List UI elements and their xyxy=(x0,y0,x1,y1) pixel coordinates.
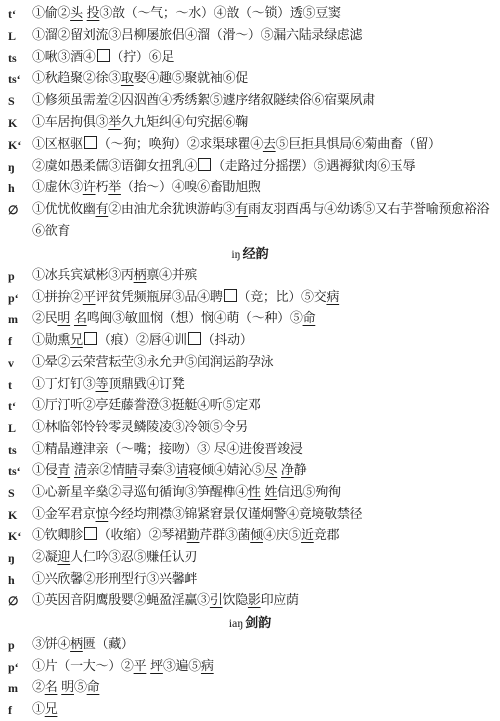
initial-row: p‘①拼拚②平评贫凭频瓶屏③品④聘（竞；比）⑤交病 xyxy=(8,288,339,308)
missing-glyph-box xyxy=(84,527,97,540)
character-list: ②名 明⑤命 xyxy=(32,678,99,698)
initial-consonant: h xyxy=(8,178,32,198)
initial-row: p③饼④柄匮（藏） xyxy=(8,635,134,655)
text-segment: ①溜②留刘流③吕柳屡旅侣④溜（滑～）⑤漏六陆录绿虑滤 xyxy=(32,28,362,43)
underlined-character: 勤 xyxy=(187,528,200,543)
initial-row: S①心新星辛燊②寻巡旬循询③笋醒榫④性 姓信迅⑤殉徇 xyxy=(8,483,341,503)
missing-glyph-box xyxy=(224,289,237,302)
initial-row: K①车居拘俱③举久九矩纠④句究据⑥鞠 xyxy=(8,113,248,133)
missing-glyph-box xyxy=(198,158,211,171)
text-segment: （抬～）④嗅⑥畜勖旭煦 xyxy=(121,180,261,195)
underlined-character: 柄 xyxy=(70,637,83,652)
text-segment: 朽 xyxy=(96,180,109,195)
underlined-character: 睛 xyxy=(125,463,138,478)
underlined-character: 性 xyxy=(248,485,261,500)
text-segment: （痕）②唇④训 xyxy=(98,333,187,348)
initial-row: h①兴欣馨②形刑型行③兴馨衅 xyxy=(8,570,197,590)
text-segment: ①兴欣馨②形刑型行③兴馨衅 xyxy=(32,572,197,587)
text-segment: ①优忧攸幽 xyxy=(32,202,96,217)
text-segment: ①偷② xyxy=(32,6,70,21)
initial-row: S①修须虽需羞②囚泅酋④秀绣絮⑤遽序绪叙隧续俗⑥宿粟夙肃 xyxy=(8,91,375,111)
character-list: ①偷②头 投③敨（～气；～水）④敨（～锁）透⑤豆窦 xyxy=(32,4,341,24)
initial-row: h①虚休③许朽举（抬～）④嗅⑥畜勖旭煦 xyxy=(8,178,261,198)
underlined-character: 平 xyxy=(134,659,147,674)
underlined-character: 病 xyxy=(201,659,214,674)
text-segment: （收缩）②琴裙 xyxy=(98,528,187,543)
section-heading: iŋ经韵 xyxy=(0,244,500,264)
character-list: ①拼拚②平评贫凭频瓶屏③品④聘（竞；比）⑤交病 xyxy=(32,288,339,308)
text-segment: ①英因音阴鹰殷婴②蝇盈淫赢③ xyxy=(32,593,210,608)
section-title: 剑韵 xyxy=(245,616,271,631)
underlined-character: 去 xyxy=(263,137,276,152)
text-segment: ①啾③酒④ xyxy=(32,50,96,65)
initial-consonant: p‘ xyxy=(8,657,32,677)
text-segment: 娶④趣⑤聚就袖⑥促 xyxy=(134,71,248,86)
initial-consonant: ŋ xyxy=(8,548,32,568)
initial-row: L①林临邻怜铃零灵鳞陵凌③冷领⑤令另 xyxy=(8,418,248,438)
initial-row: ts‘①秋趋聚②徐③取娶④趣⑤聚就袖⑥促 xyxy=(8,69,248,89)
character-list: ①优忧攸幽有②由油尤余犹谀游屿③有雨友羽酉禹与④幼诱⑤又右芋誉喻预愈裕浴 xyxy=(32,200,489,220)
text-segment: ②虞如愚柔儒③语御女扭乳④ xyxy=(32,159,197,174)
text-segment: ⑤ xyxy=(74,680,87,695)
text-segment: ①拼拚② xyxy=(32,290,83,305)
underlined-character: 许 xyxy=(83,180,96,195)
underlined-character: 有 xyxy=(235,202,248,217)
initial-consonant: S xyxy=(8,483,32,503)
initial-consonant: K xyxy=(8,505,32,525)
character-list: ①冰兵宾斌彬③丙柄禀④并殡 xyxy=(32,266,197,286)
underlined-character: 迎 xyxy=(57,550,70,565)
initial-row: t‘①偷②头 投③敨（～气；～水）④敨（～锁）透⑤豆窦 xyxy=(8,4,341,24)
initial-consonant: t xyxy=(8,375,32,395)
initial-row: ts‘①侵青 清亲②情睛寻秦③请寝倾④婧沁⑤尽 净静 xyxy=(8,461,306,481)
text-segment: ①晕②云荣营耘茔③永允尹⑤闰润运韵孕泳 xyxy=(32,355,273,370)
initial-consonant: v xyxy=(8,353,32,373)
text-segment: ④庆⑤ xyxy=(263,528,301,543)
text-segment: 信迅⑤殉徇 xyxy=(277,485,341,500)
initial-row: v①晕②云荣营耘茔③永允尹⑤闰润运韵孕泳 xyxy=(8,353,273,373)
text-segment: ①修须虽需羞②囚泅酋④秀绣絮⑤遽序绪叙隧续俗⑥宿粟夙肃 xyxy=(32,93,375,108)
initial-row: ts①精晶遵津亲（～嘴；接吻）③ 尽④进俊晋竣浸 xyxy=(8,440,303,460)
text-segment: ① xyxy=(32,702,45,717)
underlined-character: 兄 xyxy=(45,702,58,717)
character-list: ①勋熏兄（痕）②唇④训（抖动） xyxy=(32,331,253,351)
text-segment: ①厅汀听②亭廷藤誊澄③挺艇④听⑤定邓 xyxy=(32,398,261,413)
underlined-character: 青 xyxy=(57,463,70,478)
initial-row: t①丁灯钉③等顶鼎戥④订凳 xyxy=(8,375,184,395)
text-segment: ①丁灯钉③ xyxy=(32,377,96,392)
initial-consonant: h xyxy=(8,570,32,590)
text-segment: 静 xyxy=(294,463,307,478)
underlined-character: 尽 xyxy=(264,463,277,478)
underlined-character: 坪 xyxy=(150,659,163,674)
underlined-character: 取 xyxy=(121,71,134,86)
initial-consonant: S xyxy=(8,91,32,111)
character-list: ①虚休③许朽举（抬～）④嗅⑥畜勖旭煦 xyxy=(32,178,261,198)
initial-consonant: L xyxy=(8,26,32,46)
text-segment: （拧）⑥足 xyxy=(111,50,175,65)
text-segment: 竞郡 xyxy=(314,528,339,543)
initial-row: ŋ②虞如愚柔儒③语御女扭乳④（走路过分摇摆）⑤遇褥狱肉⑥玉辱 xyxy=(8,157,415,177)
character-list: ①片（一大～）②平 坪③遍⑤病 xyxy=(32,657,214,677)
rhyme-label: iaŋ xyxy=(229,616,244,630)
character-list: ①心新星辛燊②寻巡旬循询③笋醒榫④性 姓信迅⑤殉徇 xyxy=(32,483,341,503)
underlined-character: 投 xyxy=(87,6,100,21)
character-list: ①丁灯钉③等顶鼎戥④订凳 xyxy=(32,375,184,395)
text-segment: ②由油尤余犹谀游屿③ xyxy=(108,202,235,217)
underlined-character: 名 xyxy=(45,680,58,695)
initial-row: L①溜②留刘流③吕柳屡旅侣④溜（滑～）⑤漏六陆录绿虑滤 xyxy=(8,26,362,46)
initial-consonant: L xyxy=(8,418,32,438)
text-segment: ①片（一大～）② xyxy=(32,659,134,674)
character-list: ①侵青 清亲②情睛寻秦③请寝倾④婧沁⑤尽 净静 xyxy=(32,461,306,481)
text-segment: 人仁吟③忍⑤赚任认刃 xyxy=(70,550,197,565)
underlined-character: 倾 xyxy=(250,528,263,543)
underlined-character: 病 xyxy=(326,290,339,305)
initial-consonant: p xyxy=(8,266,32,286)
character-list: ①啾③酒④（拧）⑥足 xyxy=(32,48,174,68)
underlined-character: 等 xyxy=(96,377,109,392)
text-segment: 雨友羽酉禹与④幼诱⑤又右芋誉喻预愈裕浴 xyxy=(248,202,489,217)
initial-row: K①金军君京惊今经均荆襟③锦紧窘景仅谨炯警④竟境敬禁径 xyxy=(8,505,362,525)
character-list: ①英因音阴鹰殷婴②蝇盈淫赢③引饮隐影印应荫 xyxy=(32,591,299,611)
initial-consonant: ∅ xyxy=(8,200,32,220)
underlined-character: 名 xyxy=(74,311,87,326)
text-segment: ①车居拘俱③ xyxy=(32,115,108,130)
character-list: ①精晶遵津亲（～嘴；接吻）③ 尽④进俊晋竣浸 xyxy=(32,440,303,460)
text-segment: （竞；比）⑤交 xyxy=(238,290,327,305)
character-list: ①钦卿胗（收缩）②琴裙勤芹群③菌倾④庆⑤近竞郡 xyxy=(32,526,339,546)
initial-consonant: t‘ xyxy=(8,396,32,416)
text-segment: ②民 xyxy=(32,311,57,326)
initial-row: K‘①钦卿胗（收缩）②琴裙勤芹群③菌倾④庆⑤近竞郡 xyxy=(8,526,339,546)
character-list: ①晕②云荣营耘茔③永允尹⑤闰润运韵孕泳 xyxy=(32,353,273,373)
underlined-character: 命 xyxy=(87,680,100,695)
missing-glyph-box xyxy=(84,332,97,345)
initial-row: f①兄 xyxy=(8,700,57,720)
text-segment: ⑤巨拒具惧局⑥菊曲畜（留） xyxy=(276,137,441,152)
initial-row: f①勋熏兄（痕）②唇④训（抖动） xyxy=(8,331,253,351)
character-list: ①兄 xyxy=(32,700,57,720)
initial-consonant: K‘ xyxy=(8,135,32,155)
underlined-character: 引 xyxy=(210,593,223,608)
character-list: ⑥欲育 xyxy=(32,222,70,242)
text-segment: ③遍⑤ xyxy=(163,659,201,674)
initial-row: ∅①优忧攸幽有②由油尤余犹谀游屿③有雨友羽酉禹与④幼诱⑤又右芋誉喻预愈裕浴 xyxy=(8,200,489,220)
section-title: 经韵 xyxy=(243,247,269,262)
initial-consonant: K xyxy=(8,113,32,133)
text-segment: （走路过分摇摆）⑤遇褥狱肉⑥玉辱 xyxy=(212,159,415,174)
text-segment: 寻秦③ xyxy=(137,463,175,478)
text-segment: 亲②情 xyxy=(87,463,125,478)
rhyme-label: iŋ xyxy=(231,247,240,261)
character-list: ①溜②留刘流③吕柳屡旅侣④溜（滑～）⑤漏六陆录绿虑滤 xyxy=(32,26,362,46)
initial-consonant: ŋ xyxy=(8,157,32,177)
initial-consonant: m xyxy=(8,309,32,329)
character-list: ②凝迎人仁吟③忍⑤赚任认刃 xyxy=(32,548,197,568)
text-segment: ①区枢驱 xyxy=(32,137,83,152)
character-list: ③饼④柄匮（藏） xyxy=(32,635,134,655)
underlined-character: 惊 xyxy=(96,507,109,522)
initial-consonant: ts xyxy=(8,440,32,460)
initial-consonant: p‘ xyxy=(8,288,32,308)
underlined-character: 有 xyxy=(96,202,109,217)
character-list: ②民明 名鸣闽③敏皿悯（想）悯④萌（～种）⑤命 xyxy=(32,309,315,329)
text-segment: 禀④并殡 xyxy=(146,268,197,283)
character-list: ①秋趋聚②徐③取娶④趣⑤聚就袖⑥促 xyxy=(32,69,248,89)
text-segment: ①秋趋聚②徐③ xyxy=(32,71,121,86)
initial-row: ⑥欲育 xyxy=(32,222,70,242)
section-heading: iaŋ剑韵 xyxy=(0,613,500,633)
underlined-character: 请 xyxy=(176,463,189,478)
character-list: ①修须虽需羞②囚泅酋④秀绣絮⑤遽序绪叙隧续俗⑥宿粟夙肃 xyxy=(32,91,375,111)
text-segment: ③敨（～气；～水）④敨（～锁）透⑤豆窦 xyxy=(99,6,340,21)
initial-row: ∅①英因音阴鹰殷婴②蝇盈淫赢③引饮隐影印应荫 xyxy=(8,591,299,611)
initial-consonant: t‘ xyxy=(8,4,32,24)
character-list: ①兴欣馨②形刑型行③兴馨衅 xyxy=(32,570,197,590)
underlined-character: 姓 xyxy=(264,485,277,500)
initial-row: K‘①区枢驱（～狗；唤狗）②求渠球瞿④去⑤巨拒具惧局⑥菊曲畜（留） xyxy=(8,135,441,155)
text-segment: （～狗；唤狗）②求渠球瞿④ xyxy=(98,137,263,152)
character-list: ②虞如愚柔儒③语御女扭乳④（走路过分摇摆）⑤遇褥狱肉⑥玉辱 xyxy=(32,157,415,177)
text-segment: 顶鼎戥④订凳 xyxy=(108,377,184,392)
character-list: ①区枢驱（～狗；唤狗）②求渠球瞿④去⑤巨拒具惧局⑥菊曲畜（留） xyxy=(32,135,441,155)
initial-row: ŋ②凝迎人仁吟③忍⑤赚任认刃 xyxy=(8,548,197,568)
underlined-character: 命 xyxy=(303,311,316,326)
underlined-character: 举 xyxy=(108,180,121,195)
underlined-character: 清 xyxy=(74,463,87,478)
text-segment: 印应荫 xyxy=(261,593,299,608)
text-segment: ①虚休③ xyxy=(32,180,83,195)
initial-consonant: ts xyxy=(8,48,32,68)
initial-consonant: ts‘ xyxy=(8,69,32,89)
text-segment: 评贫凭频瓶屏③品④聘 xyxy=(96,290,223,305)
missing-glyph-box xyxy=(188,332,201,345)
initial-consonant: ∅ xyxy=(8,591,32,611)
text-segment: 今经均荆襟③锦紧窘景仅谨炯警④竟境敬禁径 xyxy=(108,507,362,522)
text-segment: ② xyxy=(32,680,45,695)
character-list: ①金军君京惊今经均荆襟③锦紧窘景仅谨炯警④竟境敬禁径 xyxy=(32,505,362,525)
initial-row: p①冰兵宾斌彬③丙柄禀④并殡 xyxy=(8,266,197,286)
underlined-character: 明 xyxy=(57,311,70,326)
initial-consonant: p xyxy=(8,635,32,655)
text-segment: ①精晶遵津亲（～嘴；接吻）③ 尽④进俊晋竣浸 xyxy=(32,442,303,457)
underlined-character: 影 xyxy=(248,593,261,608)
text-segment: ①钦卿胗 xyxy=(32,528,83,543)
initial-row: p‘①片（一大～）②平 坪③遍⑤病 xyxy=(8,657,214,677)
missing-glyph-box xyxy=(97,49,110,62)
text-segment: 鸣闽③敏皿悯（想）悯④萌（～种）⑤ xyxy=(87,311,303,326)
underlined-character: 柄 xyxy=(134,268,147,283)
text-segment: 久九矩纠④句究据⑥鞠 xyxy=(121,115,248,130)
character-list: ①车居拘俱③举久九矩纠④句究据⑥鞠 xyxy=(32,113,248,133)
underlined-character: 近 xyxy=(301,528,314,543)
text-segment: ①冰兵宾斌彬③丙 xyxy=(32,268,134,283)
initial-consonant: f xyxy=(8,700,32,720)
underlined-character: 头 xyxy=(70,6,83,21)
text-segment: 匮（藏） xyxy=(83,637,134,652)
text-segment: ①勋熏 xyxy=(32,333,70,348)
initial-row: m②民明 名鸣闽③敏皿悯（想）悯④萌（～种）⑤命 xyxy=(8,309,315,329)
initial-consonant: K‘ xyxy=(8,526,32,546)
text-segment: 饮隐 xyxy=(223,593,248,608)
initial-consonant: ts‘ xyxy=(8,461,32,481)
character-list: ①厅汀听②亭廷藤誊澄③挺艇④听⑤定邓 xyxy=(32,396,261,416)
text-segment: ①林临邻怜铃零灵鳞陵凌③冷领⑤令另 xyxy=(32,420,248,435)
initial-row: t‘①厅汀听②亭廷藤誊澄③挺艇④听⑤定邓 xyxy=(8,396,261,416)
text-segment: （抖动） xyxy=(202,333,253,348)
text-segment: ③饼④ xyxy=(32,637,70,652)
initial-row: ts①啾③酒④（拧）⑥足 xyxy=(8,48,174,68)
character-list: ①林临邻怜铃零灵鳞陵凌③冷领⑤令另 xyxy=(32,418,248,438)
text-segment: 寝倾④婧沁⑤ xyxy=(188,463,264,478)
text-segment: ①心新星辛燊②寻巡旬循询③笋醒榫④ xyxy=(32,485,248,500)
underlined-character: 兄 xyxy=(70,333,83,348)
text-segment: ①金军君京 xyxy=(32,507,96,522)
initial-consonant: f xyxy=(8,331,32,351)
underlined-character: 净 xyxy=(281,463,294,478)
text-segment: ②凝 xyxy=(32,550,57,565)
initial-consonant: m xyxy=(8,678,32,698)
text-segment: 芹群③菌 xyxy=(199,528,250,543)
underlined-character: 明 xyxy=(61,680,74,695)
text-segment: ①侵 xyxy=(32,463,57,478)
underlined-character: 平 xyxy=(83,290,96,305)
text-segment: ⑥欲育 xyxy=(32,224,70,239)
missing-glyph-box xyxy=(84,136,97,149)
underlined-character: 举 xyxy=(108,115,121,130)
initial-row: m②名 明⑤命 xyxy=(8,678,99,698)
